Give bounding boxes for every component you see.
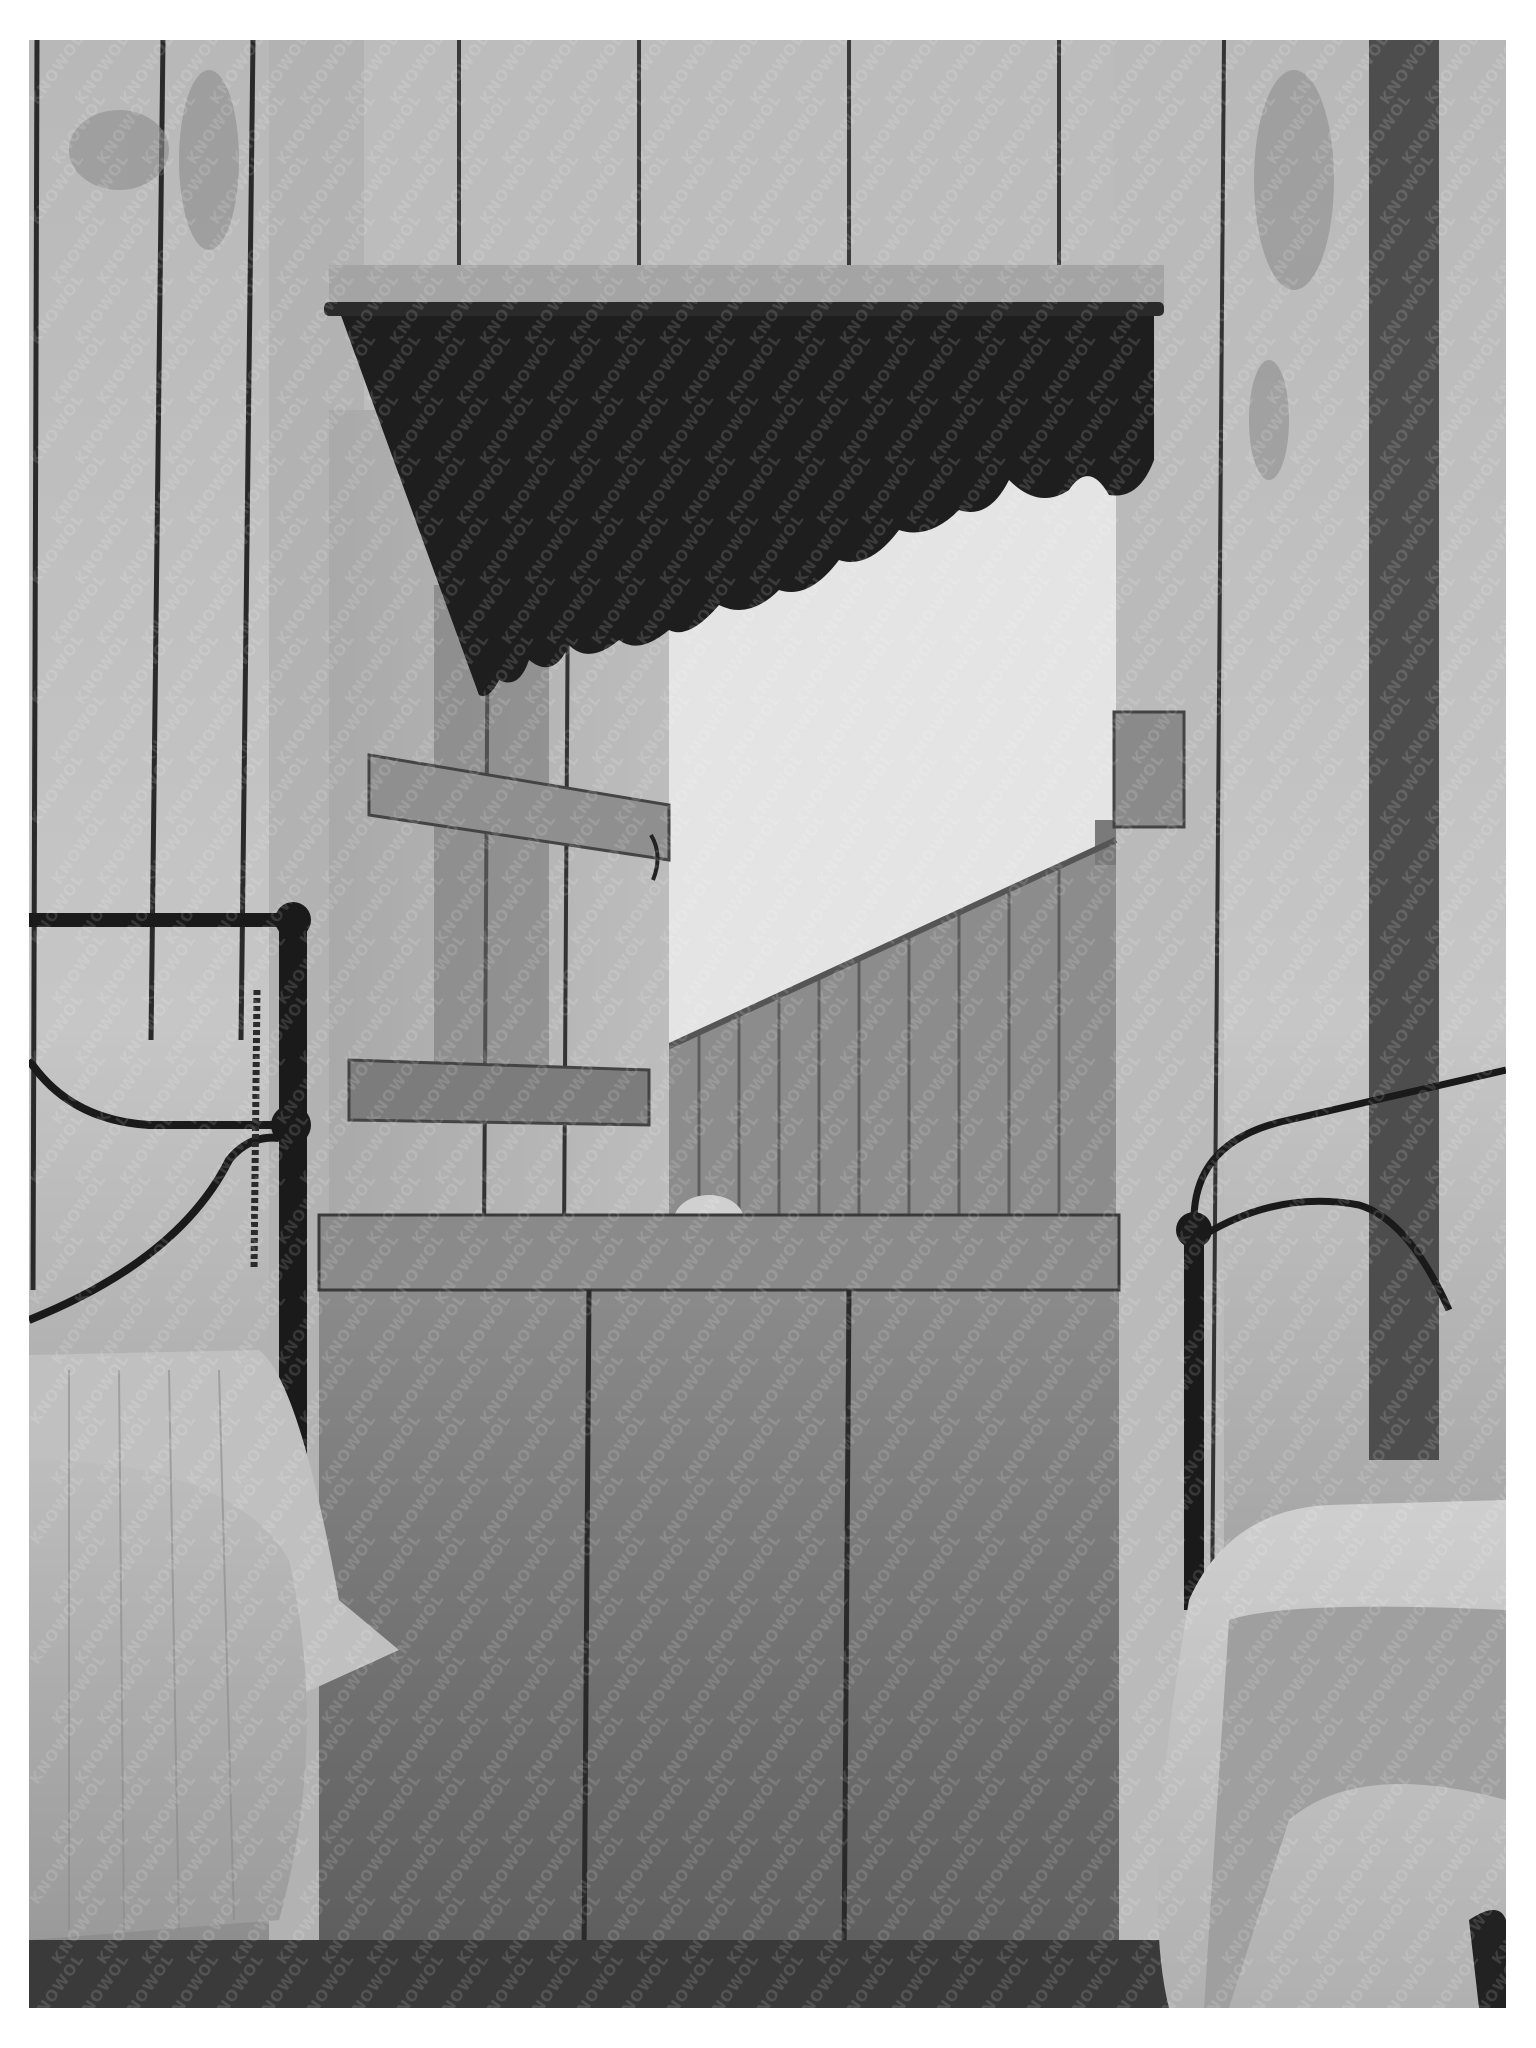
photo-illustration bbox=[29, 40, 1506, 2008]
valance-rod bbox=[324, 302, 1164, 316]
lower-door-panel bbox=[319, 1240, 1119, 2008]
latch-plate bbox=[1114, 712, 1184, 827]
dark-post bbox=[1369, 40, 1439, 1460]
lower-door-rail bbox=[319, 1215, 1119, 1290]
photograph: KNOWOLKNOWOLKNOWOLKNOWOLKNOWOLKNOWOLKNOW… bbox=[29, 40, 1506, 2008]
shutter-lower-batten bbox=[349, 1060, 649, 1125]
